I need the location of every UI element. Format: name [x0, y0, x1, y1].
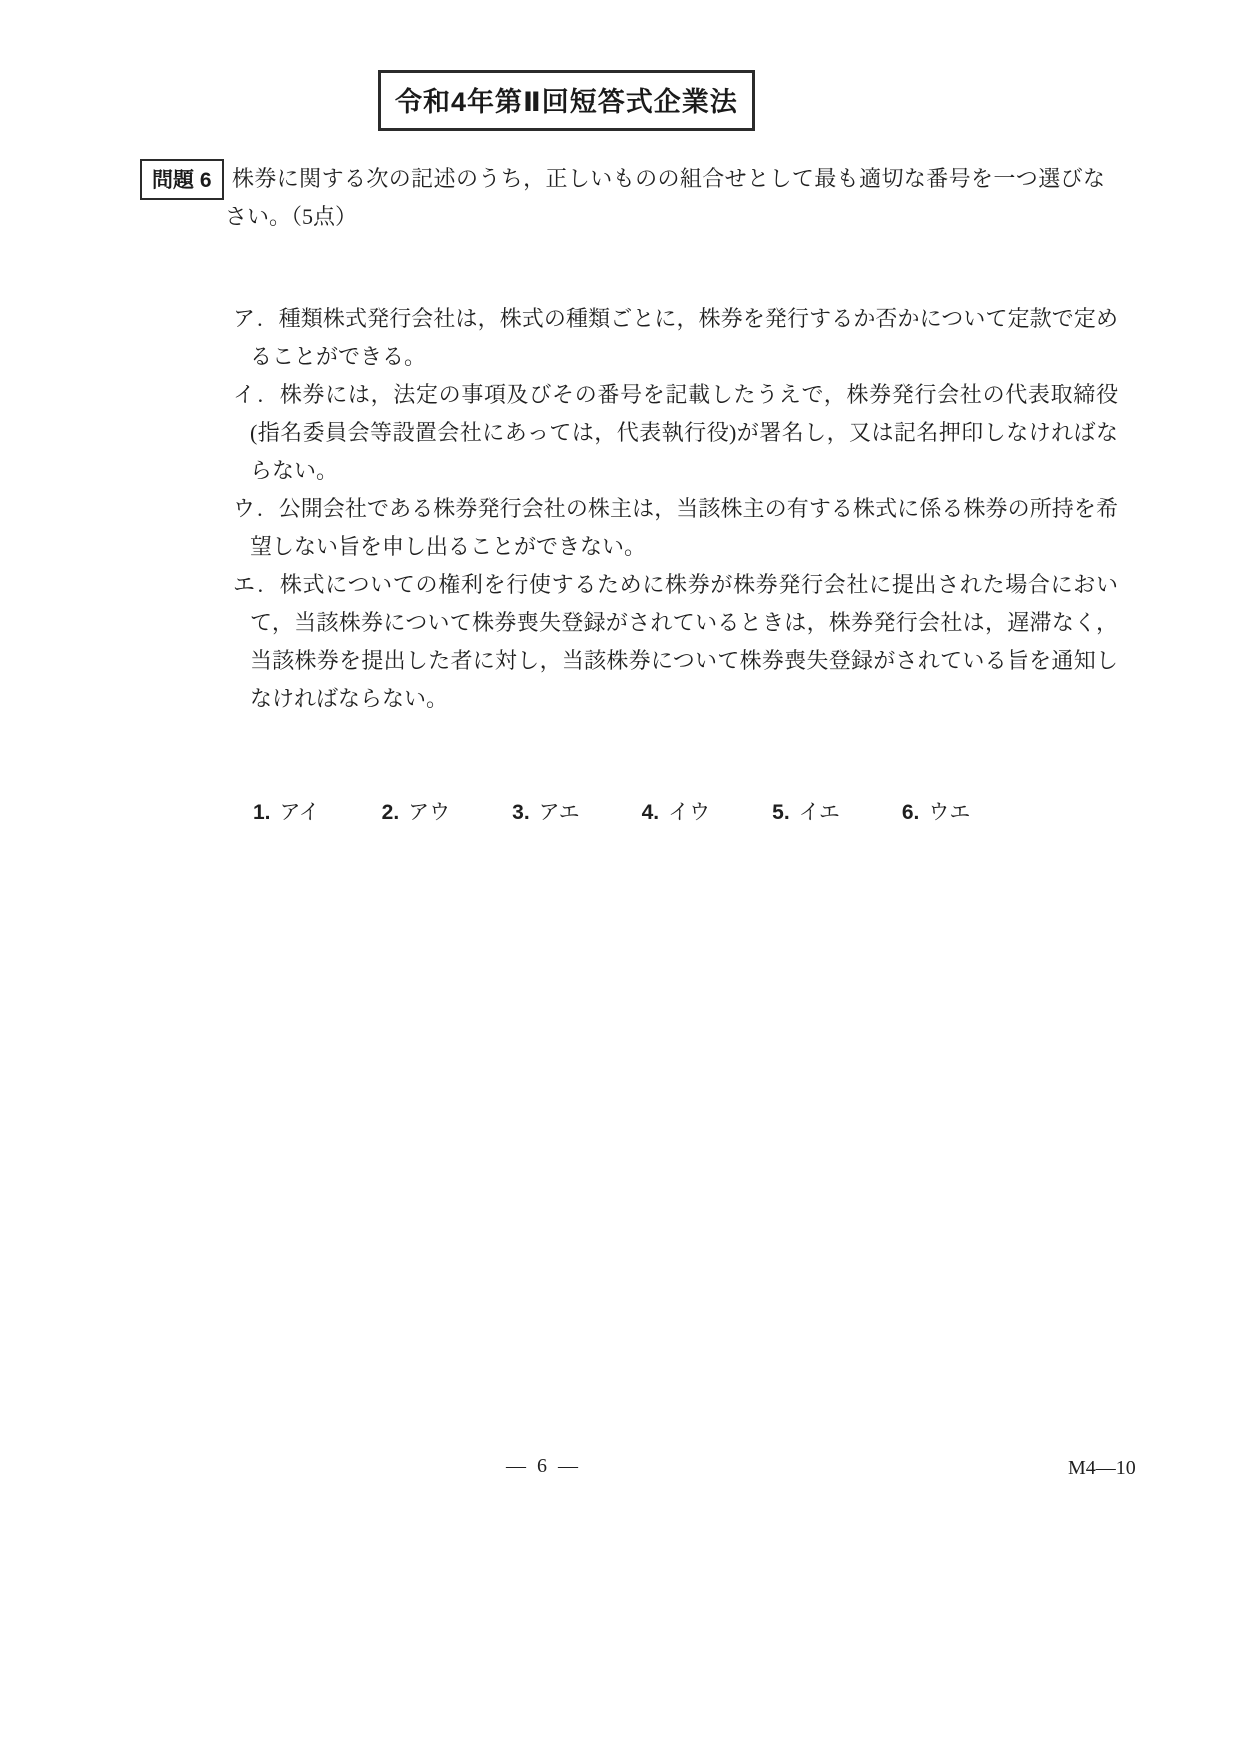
- exam-page: 令和4年第Ⅱ回短答式企業法 問題 6 株券に関する次の記述のうち，正しいものの組…: [0, 0, 1241, 1755]
- exam-title: 令和4年第Ⅱ回短答式企業法: [378, 70, 755, 131]
- choice-label-6: ウエ: [928, 800, 970, 824]
- option-marker-e: エ.: [233, 572, 265, 597]
- choice-number-2: 2.: [382, 801, 400, 824]
- choice-item-3: 3.アエ: [512, 796, 579, 826]
- choice-label-3: アエ: [539, 800, 580, 824]
- option-text-i: 株券には，法定の事項及びその番号を記載したうえで，株券発行会社の代表取締役(指名…: [250, 382, 1118, 483]
- page-number: — 6 —: [506, 1455, 581, 1478]
- choice-item-5: 5.イエ: [772, 796, 840, 826]
- option-list: ア.種類株式発行会社は，株式の種類ごとに，株券を発行するか否かについて定款で定め…: [0, 300, 1118, 718]
- choice-number-5: 5.: [772, 801, 790, 824]
- choice-item-4: 4.イウ: [642, 796, 711, 826]
- option-item-i: イ.株券には，法定の事項及びその番号を記載したうえで，株券発行会社の代表取締役(…: [250, 376, 1118, 490]
- option-marker-i: イ.: [233, 382, 265, 407]
- answer-choices: 1.アイ 2.アウ 3.アエ 4.イウ 5.イエ 6.ウエ: [253, 796, 970, 826]
- option-item-u: ウ.公開会社である株券発行会社の株主は，当該株主の有する株式に係る株券の所持を希…: [250, 490, 1118, 566]
- document-code: M4—10: [1068, 1457, 1136, 1480]
- choice-label-4: イウ: [668, 800, 710, 824]
- choice-label-5: イエ: [799, 800, 840, 824]
- option-text-u: 公開会社である株券発行会社の株主は，当該株主の有する株式に係る株券の所持を希望し…: [250, 496, 1118, 559]
- choice-number-4: 4.: [642, 801, 660, 824]
- option-marker-a: ア.: [233, 306, 265, 331]
- option-item-a: ア.種類株式発行会社は，株式の種類ごとに，株券を発行するか否かについて定款で定め…: [250, 300, 1118, 376]
- choice-item-2: 2.アウ: [382, 796, 451, 826]
- choice-label-2: アウ: [408, 800, 450, 824]
- choice-number-1: 1.: [253, 801, 271, 824]
- option-marker-u: ウ.: [233, 496, 265, 521]
- option-text-a: 種類株式発行会社は，株式の種類ごとに，株券を発行するか否かについて定款で定めるこ…: [250, 306, 1118, 369]
- choice-label-1: アイ: [280, 800, 320, 824]
- choice-number-6: 6.: [902, 801, 920, 824]
- question-number-box: 問題 6: [140, 159, 224, 200]
- question-prompt: 株券に関する次の記述のうち，正しいものの組合せとして最も適切な番号を一つ選びなさ…: [225, 160, 1105, 236]
- choice-number-3: 3.: [512, 801, 530, 824]
- choice-item-1: 1.アイ: [253, 796, 320, 826]
- option-text-e: 株式についての権利を行使するために株券が株券発行会社に提出された場合において，当…: [250, 572, 1118, 711]
- choice-item-6: 6.ウエ: [902, 796, 971, 826]
- option-item-e: エ.株式についての権利を行使するために株券が株券発行会社に提出された場合において…: [250, 566, 1118, 718]
